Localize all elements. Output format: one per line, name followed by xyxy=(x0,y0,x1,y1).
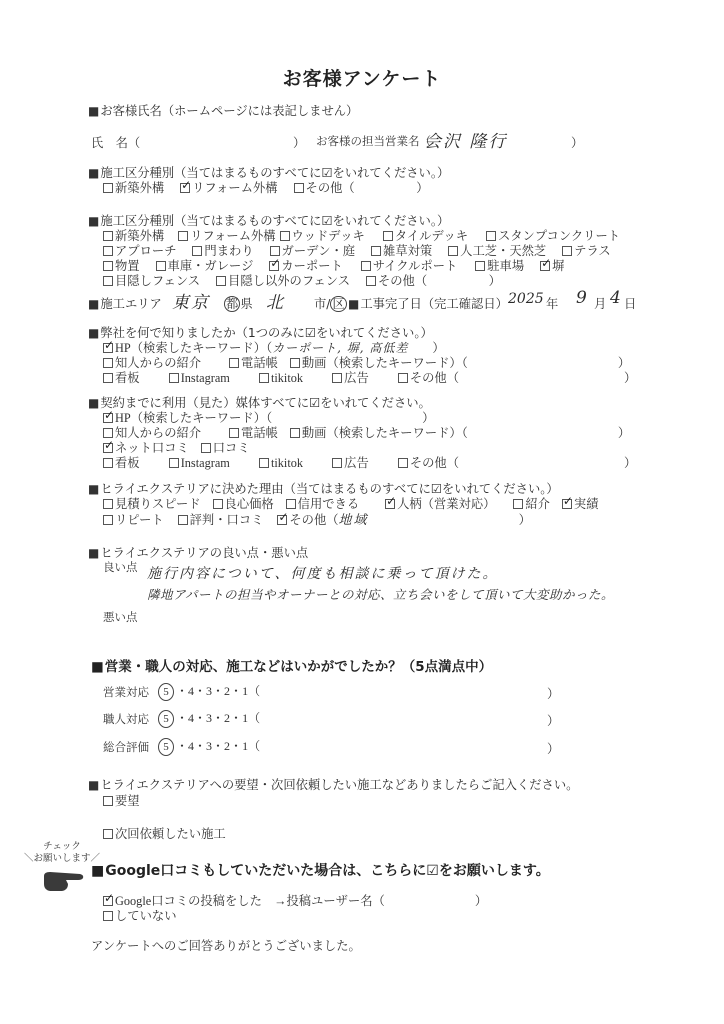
completion-month[interactable]: 9 xyxy=(576,288,589,308)
sales-rep-label: お客様の担当営業名（ xyxy=(316,133,431,149)
checkbox[interactable] xyxy=(103,358,113,368)
checkbox[interactable] xyxy=(332,373,342,383)
checkbox[interactable] xyxy=(103,796,113,806)
checkbox[interactable] xyxy=(103,515,113,525)
checkbox[interactable] xyxy=(259,458,269,468)
checkbox[interactable] xyxy=(103,261,113,271)
option-ad[interactable]: 広告 xyxy=(332,368,369,386)
checkbox-checked[interactable] xyxy=(103,443,113,453)
check-please-note: チェック ＼お願いします／ xyxy=(24,841,100,865)
construction-type-2-row-4: 目隠しフェンス 目隠し以外のフェンス その他（ ） xyxy=(103,271,511,289)
bad-comment-field[interactable] xyxy=(147,609,627,639)
checkbox[interactable] xyxy=(286,499,296,509)
checkbox[interactable] xyxy=(280,231,290,241)
page-title: お客様アンケート xyxy=(0,64,724,91)
option-other[interactable]: その他（ ） xyxy=(294,178,429,196)
checkbox[interactable] xyxy=(475,261,485,271)
rating-overall-label: 総合評価 xyxy=(103,739,149,755)
rating-heading: 営業・職人の対応、施工などはいかがでしたか？（5点満点中） xyxy=(91,655,492,675)
checkbox-checked[interactable] xyxy=(103,413,113,423)
checkbox-checked[interactable] xyxy=(103,896,113,906)
option-tiktok[interactable]: tikitok xyxy=(259,456,303,471)
checkbox[interactable] xyxy=(486,231,496,241)
completion-heading: 工事完了日（完工確認日） xyxy=(348,294,508,312)
option-request[interactable]: 要望 xyxy=(103,791,140,809)
rating-craftsman-label: 職人対応 xyxy=(103,711,149,727)
rating-sales-label: 営業対応 xyxy=(103,684,149,700)
checkbox[interactable] xyxy=(332,458,342,468)
option-ad[interactable]: 広告 xyxy=(332,453,369,471)
checkbox[interactable] xyxy=(270,246,280,256)
checkbox[interactable] xyxy=(371,246,381,256)
checkbox[interactable] xyxy=(103,499,113,509)
area-heading: 施工エリア xyxy=(88,294,162,312)
checkbox[interactable] xyxy=(178,231,188,241)
score-5-circled[interactable]: 5 xyxy=(158,710,174,728)
sales-close: ） xyxy=(571,133,583,151)
checkbox[interactable] xyxy=(178,515,188,525)
score-5-circled[interactable]: 5 xyxy=(158,683,174,701)
google-review-heading: Google口コミもしていただいた場合は、こちらに☑をお願いします。 xyxy=(91,860,550,880)
completion-year[interactable]: 2025 xyxy=(508,291,544,307)
city-field[interactable]: 北 xyxy=(266,288,285,313)
name-label: 氏 名（ xyxy=(91,133,140,151)
option-new-exterior[interactable]: 新築外構 xyxy=(103,178,164,196)
city-suffix: 市/区 xyxy=(314,294,347,312)
option-tiktok[interactable]: tikitok xyxy=(259,371,303,386)
name-close: ） xyxy=(293,133,305,151)
checkbox-checked[interactable] xyxy=(269,261,279,271)
good-comment-line-2[interactable]: 隣地アパートの担当やオーナーとの対応、立ち会いをして頂いて大変助かった。 xyxy=(147,585,614,603)
checkbox[interactable] xyxy=(361,261,371,271)
checkbox[interactable] xyxy=(169,458,179,468)
customer-name-field[interactable] xyxy=(150,133,290,149)
option-reform-exterior[interactable]: リフォーム外構 xyxy=(180,178,277,196)
checkbox[interactable] xyxy=(562,246,572,256)
prefecture-suffix: 都県 xyxy=(224,294,253,312)
requests-heading: ヒライエクステリアへの要望・次回依頼したい施工などありましたらご記入ください。 xyxy=(88,775,578,793)
option-signboard[interactable]: 看板 xyxy=(103,368,140,386)
checkbox-checked[interactable] xyxy=(103,343,113,353)
good-label: 良い点 xyxy=(103,559,138,575)
option-signboard[interactable]: 看板 xyxy=(103,453,140,471)
checkbox[interactable] xyxy=(103,829,113,839)
option-wall[interactable]: 塀 xyxy=(540,256,564,274)
customer-section-heading: お客様氏名（ホームページには表記しません） xyxy=(88,101,358,119)
day-unit: 日 xyxy=(624,294,636,312)
checkbox[interactable] xyxy=(103,373,113,383)
checkbox[interactable] xyxy=(290,428,300,438)
thanks-message: アンケートへのご回答ありがとうございました。 xyxy=(91,936,361,954)
option-google-not-posted[interactable]: していない xyxy=(103,906,177,924)
checkbox-checked[interactable] xyxy=(562,499,572,509)
rating-sales-scale[interactable]: 5・4・3・2・1（ xyxy=(158,682,260,701)
rating-overall-close: ） xyxy=(547,739,559,757)
sales-rep-field[interactable]: 会沢 隆行 xyxy=(424,127,507,152)
checkbox[interactable] xyxy=(383,231,393,241)
checkbox-checked[interactable] xyxy=(180,183,190,193)
bad-label: 悪い点 xyxy=(103,609,138,625)
checkbox[interactable] xyxy=(213,499,223,509)
checkbox[interactable] xyxy=(259,373,269,383)
checkbox[interactable] xyxy=(216,276,226,286)
option-repeat[interactable]: リピート xyxy=(103,510,164,528)
checkbox[interactable] xyxy=(229,358,239,368)
rating-craftsman-scale[interactable]: 5・4・3・2・1（ xyxy=(158,709,260,728)
completion-day[interactable]: 4 xyxy=(610,288,623,308)
checkbox[interactable] xyxy=(229,428,239,438)
checkbox[interactable] xyxy=(103,428,113,438)
checkbox[interactable] xyxy=(103,458,113,468)
media-used-row-4: 看板 Instagram tikitok 広告 その他（） xyxy=(103,453,646,471)
checkbox[interactable] xyxy=(103,183,113,193)
checkbox[interactable] xyxy=(513,499,523,509)
option-privacy-fence[interactable]: 目隠しフェンス xyxy=(103,271,200,289)
checkbox[interactable] xyxy=(169,373,179,383)
checkbox[interactable] xyxy=(448,246,458,256)
month-unit: 月 xyxy=(594,294,606,312)
checkbox[interactable] xyxy=(398,373,408,383)
option-other[interactable]: その他（） xyxy=(398,453,637,471)
option-track-record[interactable]: 実績 xyxy=(562,494,599,512)
checkbox[interactable] xyxy=(398,458,408,468)
how-found-row-3: 看板 Instagram tikitok 広告 その他（） xyxy=(103,368,646,386)
reason-other-field[interactable]: 地域 xyxy=(339,513,369,528)
checkbox[interactable] xyxy=(294,183,304,193)
option-other[interactable]: その他（地域） xyxy=(277,509,531,528)
option-instagram[interactable]: Instagram xyxy=(169,371,230,386)
option-video[interactable]: 動画（検索したキーワード）（） xyxy=(290,423,630,441)
checkbox[interactable] xyxy=(156,261,166,271)
checkbox-checked[interactable] xyxy=(385,499,395,509)
reason-row-2: リピート 評判・口コミ その他（地域） xyxy=(103,509,541,528)
checkbox[interactable] xyxy=(103,231,113,241)
checkbox[interactable] xyxy=(192,246,202,256)
checkbox-checked[interactable] xyxy=(277,515,287,525)
option-other[interactable]: その他（ ） xyxy=(366,271,501,289)
prefecture-field[interactable]: 東京 xyxy=(172,288,210,313)
option-next-construction[interactable]: 次回依頼したい施工 xyxy=(103,824,226,842)
rating-craftsman-close: ） xyxy=(547,711,559,729)
checkbox[interactable] xyxy=(103,246,113,256)
checkbox[interactable] xyxy=(103,276,113,286)
rating-sales-close: ） xyxy=(547,684,559,702)
checkbox[interactable] xyxy=(103,911,113,921)
construction-type-1-options: 新築外構 リフォーム外構 その他（ ） xyxy=(103,178,439,196)
checkbox[interactable] xyxy=(366,276,376,286)
option-instagram[interactable]: Instagram xyxy=(169,456,230,471)
year-unit: 年 xyxy=(546,294,558,312)
good-comment-line-1[interactable]: 施行内容について、何度も相談に乗って頂けた。 xyxy=(147,563,498,583)
checkbox-checked[interactable] xyxy=(540,261,550,271)
pointing-hand-icon xyxy=(42,868,86,894)
checkbox[interactable] xyxy=(290,358,300,368)
option-reputation[interactable]: 評判・口コミ xyxy=(178,510,264,528)
score-5-circled[interactable]: 5 xyxy=(158,738,174,756)
checkbox[interactable] xyxy=(201,443,211,453)
option-other[interactable]: その他（） xyxy=(398,368,637,386)
option-other-fence[interactable]: 目隠し以外のフェンス xyxy=(216,271,350,289)
rating-overall-scale[interactable]: 5・4・3・2・1（ xyxy=(158,737,260,756)
